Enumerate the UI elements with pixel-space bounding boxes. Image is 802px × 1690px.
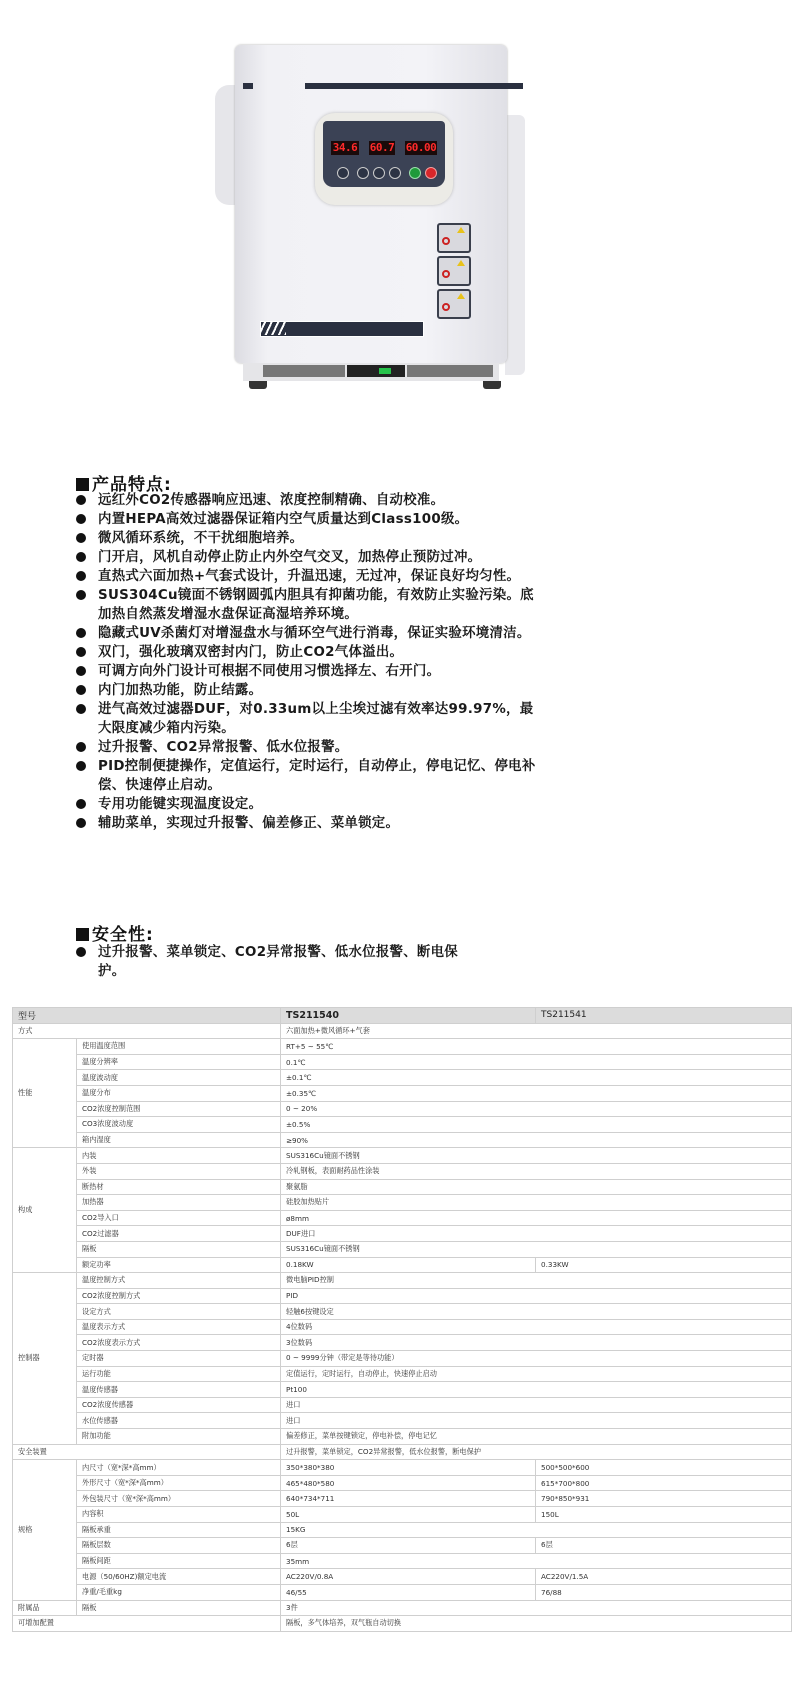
feature-item: PID控制便捷操作，定值运行，定时运行，自动停止，停电记忆、停电补偿、快速停止启…: [76, 757, 536, 795]
stripe-decoration: [260, 321, 286, 335]
row-value: ±0.35℃: [281, 1085, 792, 1101]
row-label: 附加功能: [77, 1429, 281, 1445]
row-value-b: 6层: [536, 1538, 792, 1554]
row-value-a: 50L: [281, 1507, 536, 1523]
row-value: Pt100: [281, 1382, 792, 1398]
row-value: SUS316Cu镜面不锈钢: [281, 1148, 792, 1164]
row-label: 箱内湿度: [77, 1132, 281, 1148]
cabinet-right-side: [505, 115, 525, 375]
table-row: 净重/毛重kg46/5576/88: [13, 1584, 792, 1600]
stop-button-icon: [425, 167, 437, 179]
row-label: 内容积: [77, 1507, 281, 1523]
row-value: 过升报警，菜单锁定，CO2异常报警，低水位报警，断电保护: [281, 1444, 792, 1460]
row-value: ≥90%: [281, 1132, 792, 1148]
row-value-a: 46/55: [281, 1584, 536, 1600]
foot-left: [249, 381, 267, 389]
row-label: CO2导入口: [77, 1210, 281, 1226]
row-label: 运行功能: [77, 1366, 281, 1382]
table-row: 规格 内尺寸（宽*深*高mm） 350*380*380 500*500*600: [13, 1460, 792, 1476]
row-value: 35mm: [281, 1553, 792, 1569]
cabinet-base: [243, 363, 499, 381]
table-row: CO3浓度波动度±0.5%: [13, 1117, 792, 1133]
bullet-dot-icon: [76, 552, 86, 562]
bullet-dot-icon: [76, 533, 86, 543]
row-value-a: 0.18KW: [281, 1257, 536, 1273]
bullet-dot-icon: [76, 761, 86, 771]
group-label: 规格: [13, 1460, 77, 1600]
feature-item: 专用功能键实现温度设定。: [76, 795, 536, 814]
row-label: 隔板承重: [77, 1522, 281, 1538]
header-label: 型号: [13, 1008, 281, 1024]
table-row: CO2浓度控制方式PID: [13, 1288, 792, 1304]
row-label: 温度波动度: [77, 1070, 281, 1086]
row-label: CO2浓度控制范围: [77, 1101, 281, 1117]
safety-list: 过升报警、菜单锁定、CO2异常报警、低水位报警、断电保护。: [76, 943, 476, 981]
group-label: 构成: [13, 1148, 77, 1273]
features-list: 远红外CO2传感器响应迅速、浓度控制精确、自动校准。 内置HEPA高效过滤器保证…: [76, 491, 536, 833]
group-label: 附属品: [13, 1600, 77, 1616]
row-label: 温度控制方式: [77, 1273, 281, 1289]
row-label: 隔板: [77, 1600, 281, 1616]
row-label: CO2浓度控制方式: [77, 1288, 281, 1304]
table-row: 温度表示方式4位数码: [13, 1319, 792, 1335]
row-label: 额定功率: [77, 1257, 281, 1273]
row-label: CO3浓度波动度: [77, 1117, 281, 1133]
bullet-dot-icon: [76, 628, 86, 638]
row-label: 使用温度范围: [77, 1039, 281, 1055]
feature-item: SUS304Cu镜面不锈钢圆弧内胆具有抑菌功能，有效防止实验污染。底加热自然蒸发…: [76, 586, 536, 624]
timer-display: 60.00: [405, 141, 437, 155]
table-row: 外装冷轧钢板，表面耐药品性涂装: [13, 1163, 792, 1179]
row-label: 净重/毛重kg: [77, 1584, 281, 1600]
table-row: 设定方式轻触6按键设定: [13, 1304, 792, 1320]
feature-item: 进气高效过滤器DUF，对0.33um以上尘埃过滤有效率达99.97%，最大限度减…: [76, 700, 536, 738]
row-value-b: 76/88: [536, 1584, 792, 1600]
table-row: 箱内湿度≥90%: [13, 1132, 792, 1148]
table-row: 外包装尺寸（宽*深*高mm）640*734*711790*850*931: [13, 1491, 792, 1507]
table-row: 断热材聚氨脂: [13, 1179, 792, 1195]
table-row: CO2过滤器DUF进口: [13, 1226, 792, 1242]
feature-item: 直热式六面加热+气套式设计，升温迅速，无过冲，保证良好均匀性。: [76, 567, 536, 586]
square-bullet-icon: [76, 478, 89, 491]
foot-right: [483, 381, 501, 389]
row-value-b: 150L: [536, 1507, 792, 1523]
table-row: 安全装置 过升报警，菜单锁定，CO2异常报警，低水位报警，断电保护: [13, 1444, 792, 1460]
table-row: 内容积50L150L: [13, 1507, 792, 1523]
row-label: 定时器: [77, 1351, 281, 1367]
row-value-a: 640*734*711: [281, 1491, 536, 1507]
row-label: 断热材: [77, 1179, 281, 1195]
spec-table: 型号 TS211540 TS211541 方式 六面加热+微风循环+气套 性能 …: [12, 1007, 792, 1632]
bullet-dot-icon: [76, 590, 86, 600]
row-label: 外包装尺寸（宽*深*高mm）: [77, 1491, 281, 1507]
row-value: ±0.5%: [281, 1117, 792, 1133]
table-row: 隔板承重15KG: [13, 1522, 792, 1538]
bullet-dot-icon: [76, 571, 86, 581]
bullet-dot-icon: [76, 947, 86, 957]
row-value: ±0.1℃: [281, 1070, 792, 1086]
table-row: 运行功能定值运行，定时运行，自动停止，快速停止启动: [13, 1366, 792, 1382]
row-value-b: 790*850*931: [536, 1491, 792, 1507]
feature-item: 隐藏式UV杀菌灯对增湿盘水与循环空气进行消毒，保证实验环境清洁。: [76, 624, 536, 643]
square-bullet-icon: [76, 928, 89, 941]
row-value-a: 465*480*580: [281, 1475, 536, 1491]
row-label: 内装: [77, 1148, 281, 1164]
row-label: 温度分辨率: [77, 1054, 281, 1070]
bullet-dot-icon: [76, 799, 86, 809]
row-label: 温度分布: [77, 1085, 281, 1101]
table-row: 温度传感器Pt100: [13, 1382, 792, 1398]
left-arrow-button-icon: [357, 167, 369, 179]
row-label: 加热器: [77, 1195, 281, 1211]
top-accent-bar: [305, 83, 523, 89]
row-label: CO2过滤器: [77, 1226, 281, 1242]
row-value: 偏差修正，菜单按键锁定，停电补偿，停电记忆: [281, 1429, 792, 1445]
row-label: 外形尺寸（宽*深*高mm）: [77, 1475, 281, 1491]
row-label: 电源（50/60HZ)额定电流: [77, 1569, 281, 1585]
table-row: 隔板层数6层6层: [13, 1538, 792, 1554]
table-row: CO2浓度传感器进口: [13, 1397, 792, 1413]
table-row: 外形尺寸（宽*深*高mm）465*480*580615*700*800: [13, 1475, 792, 1491]
warning-label-icon: [437, 256, 471, 286]
row-label: 外装: [77, 1163, 281, 1179]
bullet-dot-icon: [76, 818, 86, 828]
row-value: PID: [281, 1288, 792, 1304]
row-value: 3位数码: [281, 1335, 792, 1351]
table-row: CO2浓度控制范围0 ~ 20%: [13, 1101, 792, 1117]
row-value: 4位数码: [281, 1319, 792, 1335]
table-row: 性能 使用温度范围 RT+5 ~ 55℃: [13, 1039, 792, 1055]
row-value: 隔板，多气体培养，双气瓶自动切换: [281, 1616, 792, 1632]
table-row: 方式 六面加热+微风循环+气套: [13, 1023, 792, 1039]
row-value-b: AC220V/1.5A: [536, 1569, 792, 1585]
feature-item: 内门加热功能，防止结露。: [76, 681, 536, 700]
top-accent-small: [243, 83, 253, 89]
row-label: 隔板层数: [77, 1538, 281, 1554]
row-value-a: 6层: [281, 1538, 536, 1554]
table-row: 控制器 温度控制方式 微电脑PID控制: [13, 1273, 792, 1289]
table-row: 构成 内装 SUS316Cu镜面不锈钢: [13, 1148, 792, 1164]
base-warning-plate-left: [263, 365, 345, 377]
row-value: 0 ~ 9999分钟（带定是等待功能）: [281, 1351, 792, 1367]
set-button-icon: [337, 167, 349, 179]
feature-item: 微风循环系统，不干扰细胞培养。: [76, 529, 536, 548]
table-row: 附加功能偏差修正，菜单按键锁定，停电补偿，停电记忆: [13, 1429, 792, 1445]
row-label: 可增加配置: [13, 1616, 281, 1632]
row-value: DUF进口: [281, 1226, 792, 1242]
row-value-a: 350*380*380: [281, 1460, 536, 1476]
incubator-product-image: 34.6 60.7 60.00: [215, 45, 525, 395]
row-value-b: 615*700*800: [536, 1475, 792, 1491]
bullet-dot-icon: [76, 514, 86, 524]
table-row: 温度分布±0.35℃: [13, 1085, 792, 1101]
bullet-dot-icon: [76, 704, 86, 714]
power-switch-area: [347, 365, 405, 377]
cabinet-door: 34.6 60.7 60.00: [235, 45, 507, 363]
table-row: 温度波动度±0.1℃: [13, 1070, 792, 1086]
row-label: 隔板: [77, 1241, 281, 1257]
row-label: 隔板间距: [77, 1553, 281, 1569]
table-row: 额定功率0.18KW0.33KW: [13, 1257, 792, 1273]
warning-label-icon: [437, 289, 471, 319]
row-label: 内尺寸（宽*深*高mm）: [77, 1460, 281, 1476]
row-value: RT+5 ~ 55℃: [281, 1039, 792, 1055]
row-label: 温度传感器: [77, 1382, 281, 1398]
table-header-row: 型号 TS211540 TS211541: [13, 1008, 792, 1024]
row-value: 15KG: [281, 1522, 792, 1538]
table-row: CO2导入口ø8mm: [13, 1210, 792, 1226]
table-row: CO2浓度表示方式3位数码: [13, 1335, 792, 1351]
row-value: 定值运行，定时运行，自动停止，快速停止启动: [281, 1366, 792, 1382]
table-row: 电源（50/60HZ)额定电流AC220V/0.8AAC220V/1.5A: [13, 1569, 792, 1585]
row-value: 冷轧钢板，表面耐药品性涂装: [281, 1163, 792, 1179]
table-row: 隔板间距35mm: [13, 1553, 792, 1569]
group-label: 性能: [13, 1039, 77, 1148]
base-warning-plate-right: [407, 365, 493, 377]
row-value: 轻触6按键设定: [281, 1304, 792, 1320]
row-label: CO2浓度表示方式: [77, 1335, 281, 1351]
row-value: 六面加热+微风循环+气套: [281, 1023, 792, 1039]
warning-labels: [437, 223, 471, 322]
feature-item: 门开启，风机自动停止防止内外空气交叉，加热停止预防过冲。: [76, 548, 536, 567]
group-label: 控制器: [13, 1273, 77, 1445]
row-label: 安全装置: [13, 1444, 281, 1460]
row-value-a: AC220V/0.8A: [281, 1569, 536, 1585]
row-value: SUS316Cu镜面不锈钢: [281, 1241, 792, 1257]
row-value: 进口: [281, 1397, 792, 1413]
temperature-display: 34.6: [331, 141, 359, 155]
row-label: 方式: [13, 1023, 281, 1039]
table-row: 附属品 隔板 3件: [13, 1600, 792, 1616]
safety-item: 过升报警、菜单锁定、CO2异常报警、低水位报警、断电保护。: [76, 943, 476, 981]
table-row: 水位传感器进口: [13, 1413, 792, 1429]
table-row: 隔板SUS316Cu镜面不锈钢: [13, 1241, 792, 1257]
safety-title-text: 安全性:: [92, 925, 154, 945]
bullet-dot-icon: [76, 666, 86, 676]
model-b: TS211541: [536, 1008, 792, 1024]
feature-item: 内置HEPA高效过滤器保证箱内空气质量达到Class100级。: [76, 510, 536, 529]
row-label: CO2浓度传感器: [77, 1397, 281, 1413]
bullet-dot-icon: [76, 685, 86, 695]
table-row: 可增加配置 隔板，多气体培养，双气瓶自动切换: [13, 1616, 792, 1632]
safety-heading: 安全性:: [76, 920, 154, 945]
row-label: 水位传感器: [77, 1413, 281, 1429]
row-label: 设定方式: [77, 1304, 281, 1320]
row-value: 3件: [281, 1600, 792, 1616]
down-arrow-button-icon: [373, 167, 385, 179]
row-value: 聚氨脂: [281, 1179, 792, 1195]
row-value: ø8mm: [281, 1210, 792, 1226]
up-arrow-button-icon: [389, 167, 401, 179]
run-button-icon: [409, 167, 421, 179]
row-label: 温度表示方式: [77, 1319, 281, 1335]
table-row: 定时器0 ~ 9999分钟（带定是等待功能）: [13, 1351, 792, 1367]
feature-item: 可调方向外门设计可根据不同使用习惯选择左、右开门。: [76, 662, 536, 681]
control-panel: 34.6 60.7 60.00: [315, 113, 453, 205]
warning-label-icon: [437, 223, 471, 253]
table-row: 加热器硅胶加热贴片: [13, 1195, 792, 1211]
control-panel-face: 34.6 60.7 60.00: [323, 121, 445, 187]
row-value-b: 0.33KW: [536, 1257, 792, 1273]
row-value: 0.1℃: [281, 1054, 792, 1070]
bullet-dot-icon: [76, 647, 86, 657]
feature-item: 远红外CO2传感器响应迅速、浓度控制精确、自动校准。: [76, 491, 536, 510]
row-value: 硅胶加热贴片: [281, 1195, 792, 1211]
feature-item: 双门，强化玻璃双密封内门，防止CO2气体溢出。: [76, 643, 536, 662]
feature-item: 辅助菜单，实现过升报警、偏差修正、菜单锁定。: [76, 814, 536, 833]
bullet-dot-icon: [76, 742, 86, 752]
model-a: TS211540: [281, 1008, 536, 1024]
row-value: 0 ~ 20%: [281, 1101, 792, 1117]
row-value: 微电脑PID控制: [281, 1273, 792, 1289]
row-value: 进口: [281, 1413, 792, 1429]
bullet-dot-icon: [76, 495, 86, 505]
row-value-b: 500*500*600: [536, 1460, 792, 1476]
table-row: 温度分辨率0.1℃: [13, 1054, 792, 1070]
co2-display: 60.7: [369, 141, 395, 155]
feature-item: 过升报警、CO2异常报警、低水位报警。: [76, 738, 536, 757]
